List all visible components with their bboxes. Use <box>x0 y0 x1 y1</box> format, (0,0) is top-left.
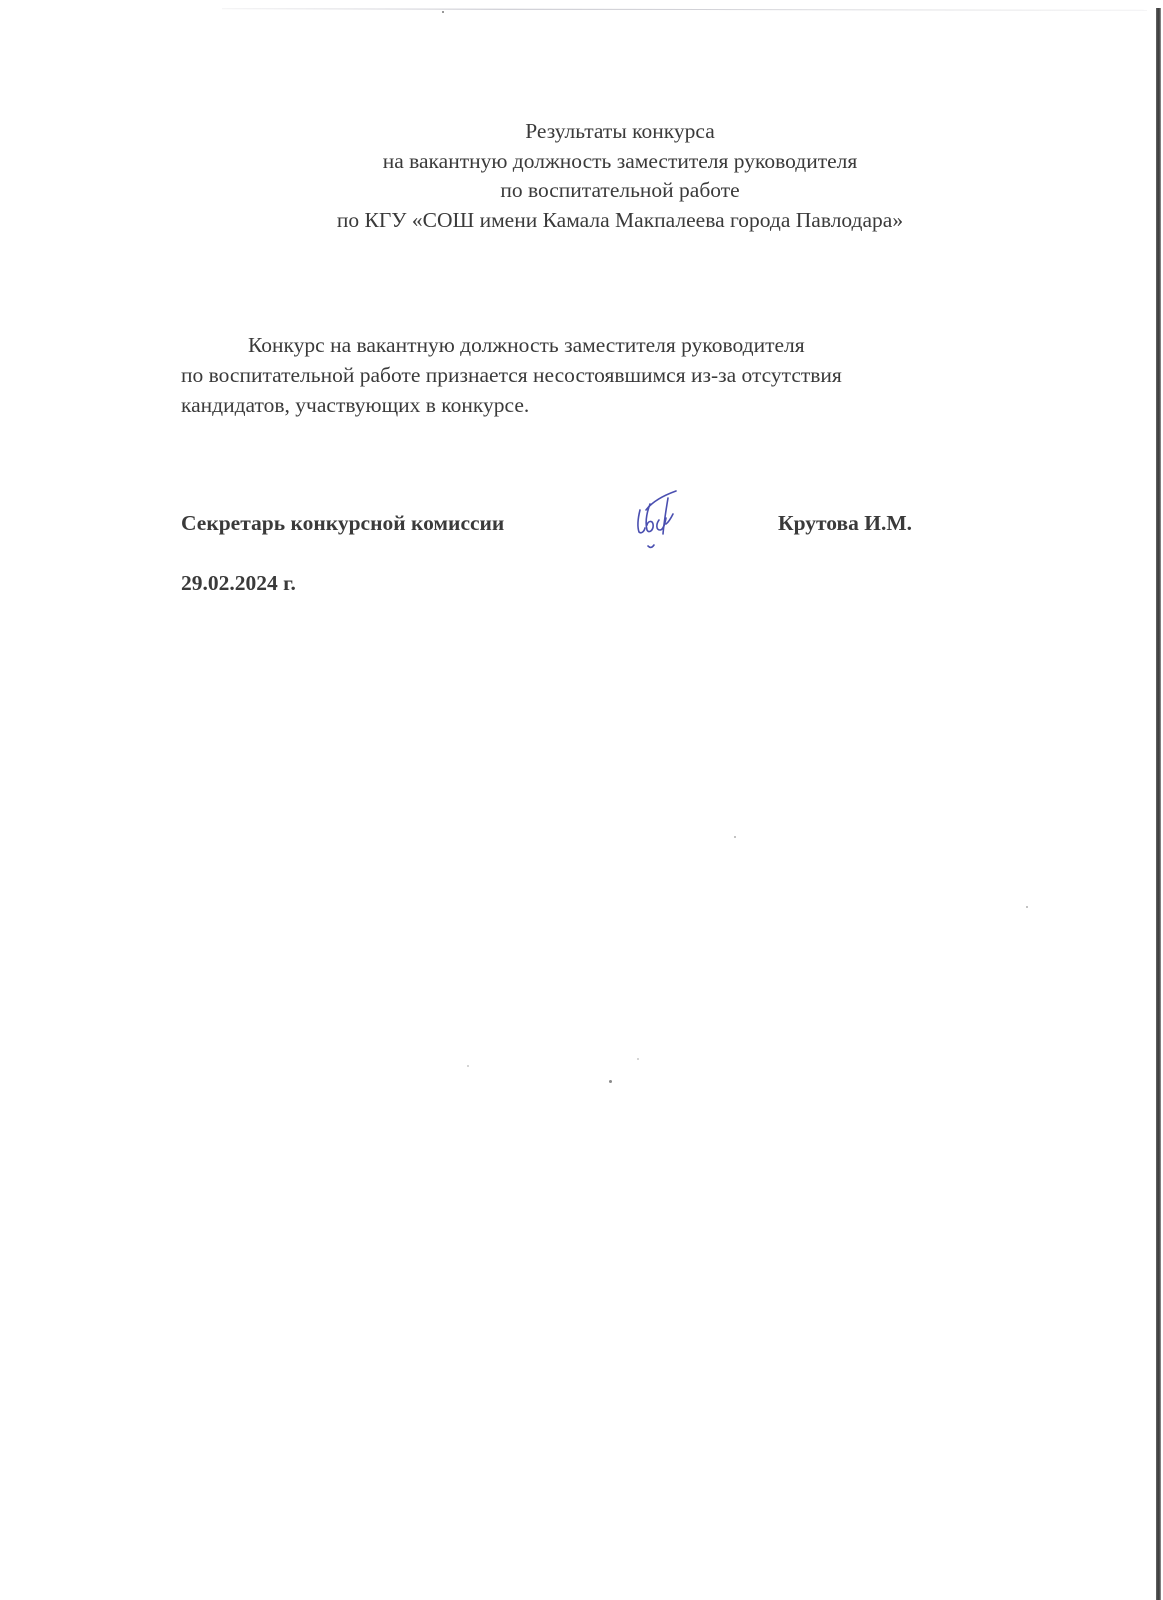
handwritten-signature-icon <box>632 488 682 553</box>
scan-speck <box>1026 906 1028 908</box>
signature-block: Секретарь конкурсной комиссии Крутова И.… <box>181 508 981 548</box>
scan-top-edge-line <box>222 8 1147 11</box>
document-title: Результаты конкурса на вакантную должнос… <box>0 117 1163 235</box>
title-line-3: по воспитательной работе <box>0 176 1163 206</box>
document-date: 29.02.2024 г. <box>181 568 296 598</box>
scan-speck <box>442 11 444 13</box>
scan-speck <box>637 1058 639 1060</box>
scanned-document-page: Результаты конкурса на вакантную должнос… <box>0 0 1163 1600</box>
title-line-1: Результаты конкурса <box>0 117 1163 147</box>
signatory-name: Крутова И.М. <box>778 508 912 538</box>
paragraph-line-3: кандидатов, участвующих в конкурсе. <box>181 390 1021 420</box>
scan-right-edge-border <box>1156 8 1161 1600</box>
title-line-2: на вакантную должность заместителя руков… <box>0 147 1163 177</box>
scan-speck <box>734 836 736 838</box>
scan-speck <box>467 1065 469 1067</box>
announcement-paragraph: Конкурс на вакантную должность заместите… <box>181 330 1021 420</box>
signatory-role: Секретарь конкурсной комиссии <box>181 508 504 538</box>
paragraph-line-1: Конкурс на вакантную должность заместите… <box>181 330 1021 360</box>
paragraph-line-2: по воспитательной работе признается несо… <box>181 360 1021 390</box>
title-line-4: по КГУ «СОШ имени Камала Макпалеева горо… <box>0 206 1163 236</box>
scan-speck <box>609 1080 612 1083</box>
